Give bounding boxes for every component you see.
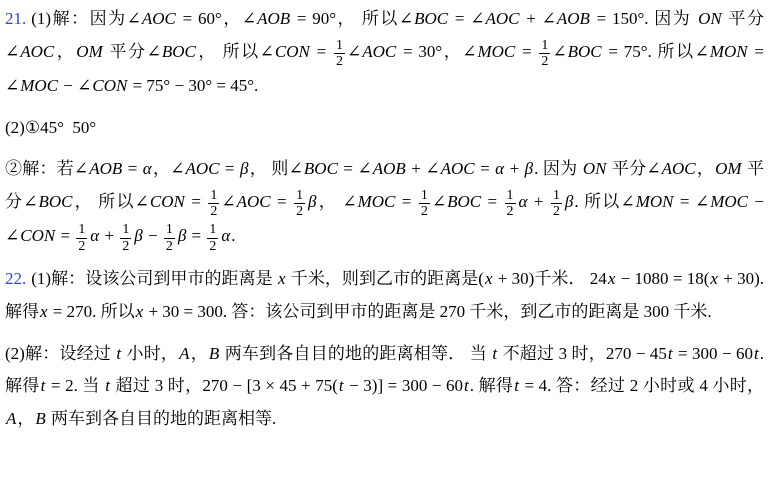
fraction-denominator: 2: [539, 54, 550, 70]
math-variable: AOC: [19, 42, 55, 61]
fraction-numerator: 1: [164, 222, 175, 239]
math-variable: α: [494, 159, 505, 178]
math-variable: B: [208, 344, 220, 363]
fraction: 12: [551, 188, 562, 220]
math-variable: x: [484, 269, 494, 288]
math-variable: AOC: [440, 159, 476, 178]
math-variable: x: [607, 269, 617, 288]
math-variable: A: [178, 344, 190, 363]
math-variable: AOC: [484, 9, 520, 28]
fraction-denominator: 2: [120, 239, 131, 255]
problem-number: 22.: [5, 269, 26, 288]
math-variable: α: [518, 192, 529, 211]
fraction-numerator: 1: [207, 222, 218, 239]
math-variable: α: [89, 226, 100, 245]
math-variable: x: [277, 269, 287, 288]
math-variable: AOC: [184, 159, 220, 178]
math-variable: MOC: [19, 76, 59, 95]
fraction-numerator: 1: [539, 38, 550, 55]
fraction-numerator: 1: [505, 188, 516, 205]
fraction-denominator: 2: [419, 204, 430, 220]
math-variable: BOC: [161, 42, 197, 61]
fraction-numerator: 1: [208, 188, 219, 205]
math-variable: AOB: [372, 159, 407, 178]
solution-21-part1: 21.(1)解：因为∠AOC = 60°，∠AOB = 90°， 所以∠BOC …: [5, 3, 764, 103]
fraction-numerator: 1: [76, 222, 87, 239]
math-variable: BOC: [567, 42, 603, 61]
fraction-numerator: 1: [120, 222, 131, 239]
math-variable: α: [220, 226, 231, 245]
math-variable: A: [5, 409, 17, 428]
fraction: 12: [419, 188, 430, 220]
math-variable: AOB: [88, 159, 123, 178]
fraction-denominator: 2: [164, 239, 175, 255]
solution-document: 21.(1)解：因为∠AOC = 60°，∠AOB = 90°， 所以∠BOC …: [5, 3, 764, 435]
solution-21-part2-proof: ②解：若∠AOB = α，∠AOC = β， 则∠BOC = ∠AOB + ∠A…: [5, 153, 764, 254]
fraction-denominator: 2: [76, 239, 87, 255]
math-variable: α: [142, 159, 153, 178]
math-variable: t: [115, 344, 122, 363]
fraction: 12: [334, 38, 345, 70]
math-variable: t: [40, 376, 47, 395]
math-variable: β: [524, 159, 534, 178]
fraction-denominator: 2: [207, 239, 218, 255]
fraction-denominator: 2: [505, 204, 516, 220]
fraction: 12: [76, 222, 87, 254]
fraction: 12: [120, 222, 131, 254]
math-variable: AOC: [141, 9, 177, 28]
math-variable: MON: [709, 42, 749, 61]
math-variable: t: [753, 344, 760, 363]
math-variable: ON: [582, 159, 608, 178]
math-variable: AOC: [661, 159, 697, 178]
solution-22-part2: (2)解：设经过 t 小时，A，B 两车到各自目的地的距离相等． 当 t 不超过…: [5, 338, 764, 436]
math-variable: ON: [697, 9, 723, 28]
math-variable: OM: [75, 42, 103, 61]
fraction-numerator: 1: [334, 38, 345, 55]
fraction: 12: [208, 188, 219, 220]
math-variable: t: [667, 344, 674, 363]
document-page: 21.(1)解：因为∠AOC = 60°，∠AOB = 90°， 所以∠BOC …: [0, 0, 770, 484]
fraction-numerator: 1: [419, 188, 430, 205]
math-variable: β: [177, 226, 187, 245]
fraction-denominator: 2: [294, 204, 305, 220]
fraction: 12: [207, 222, 218, 254]
math-variable: B: [34, 409, 46, 428]
math-variable: x: [135, 302, 145, 321]
fraction: 12: [164, 222, 175, 254]
math-variable: β: [239, 159, 249, 178]
math-variable: MOC: [357, 192, 397, 211]
math-variable: t: [491, 344, 498, 363]
math-variable: CON: [274, 42, 311, 61]
math-variable: AOB: [556, 9, 591, 28]
math-variable: CON: [91, 76, 128, 95]
math-variable: AOC: [236, 192, 272, 211]
fraction: 12: [539, 38, 550, 70]
math-variable: BOC: [446, 192, 482, 211]
math-variable: CON: [149, 192, 186, 211]
fraction-denominator: 2: [334, 54, 345, 70]
math-variable: β: [564, 192, 574, 211]
math-variable: OM: [714, 159, 742, 178]
fraction-denominator: 2: [208, 204, 219, 220]
math-variable: BOC: [37, 192, 73, 211]
math-variable: AOC: [361, 42, 397, 61]
solution-21-part2-blanks: (2)①45° 50°: [5, 112, 764, 145]
math-variable: BOC: [303, 159, 339, 178]
math-variable: MOC: [476, 42, 516, 61]
math-variable: AOB: [256, 9, 291, 28]
math-variable: β: [133, 226, 143, 245]
math-variable: MOC: [709, 192, 749, 211]
math-variable: x: [39, 302, 49, 321]
solution-22-part1: 22.(1)解：设该公司到甲市的距离是 x 千米，则到乙市的距离是(x + 30…: [5, 263, 764, 328]
fraction-numerator: 1: [294, 188, 305, 205]
math-variable: t: [513, 376, 520, 395]
math-variable: t: [104, 376, 111, 395]
math-variable: MON: [635, 192, 675, 211]
fraction: 12: [505, 188, 516, 220]
math-variable: CON: [19, 226, 56, 245]
math-variable: BOC: [413, 9, 449, 28]
fraction-numerator: 1: [551, 188, 562, 205]
math-variable: x: [709, 269, 719, 288]
math-variable: t: [338, 376, 345, 395]
fraction-denominator: 2: [551, 204, 562, 220]
math-variable: t: [463, 376, 470, 395]
problem-number: 21.: [5, 9, 26, 28]
math-variable: β: [307, 192, 317, 211]
fraction: 12: [294, 188, 305, 220]
